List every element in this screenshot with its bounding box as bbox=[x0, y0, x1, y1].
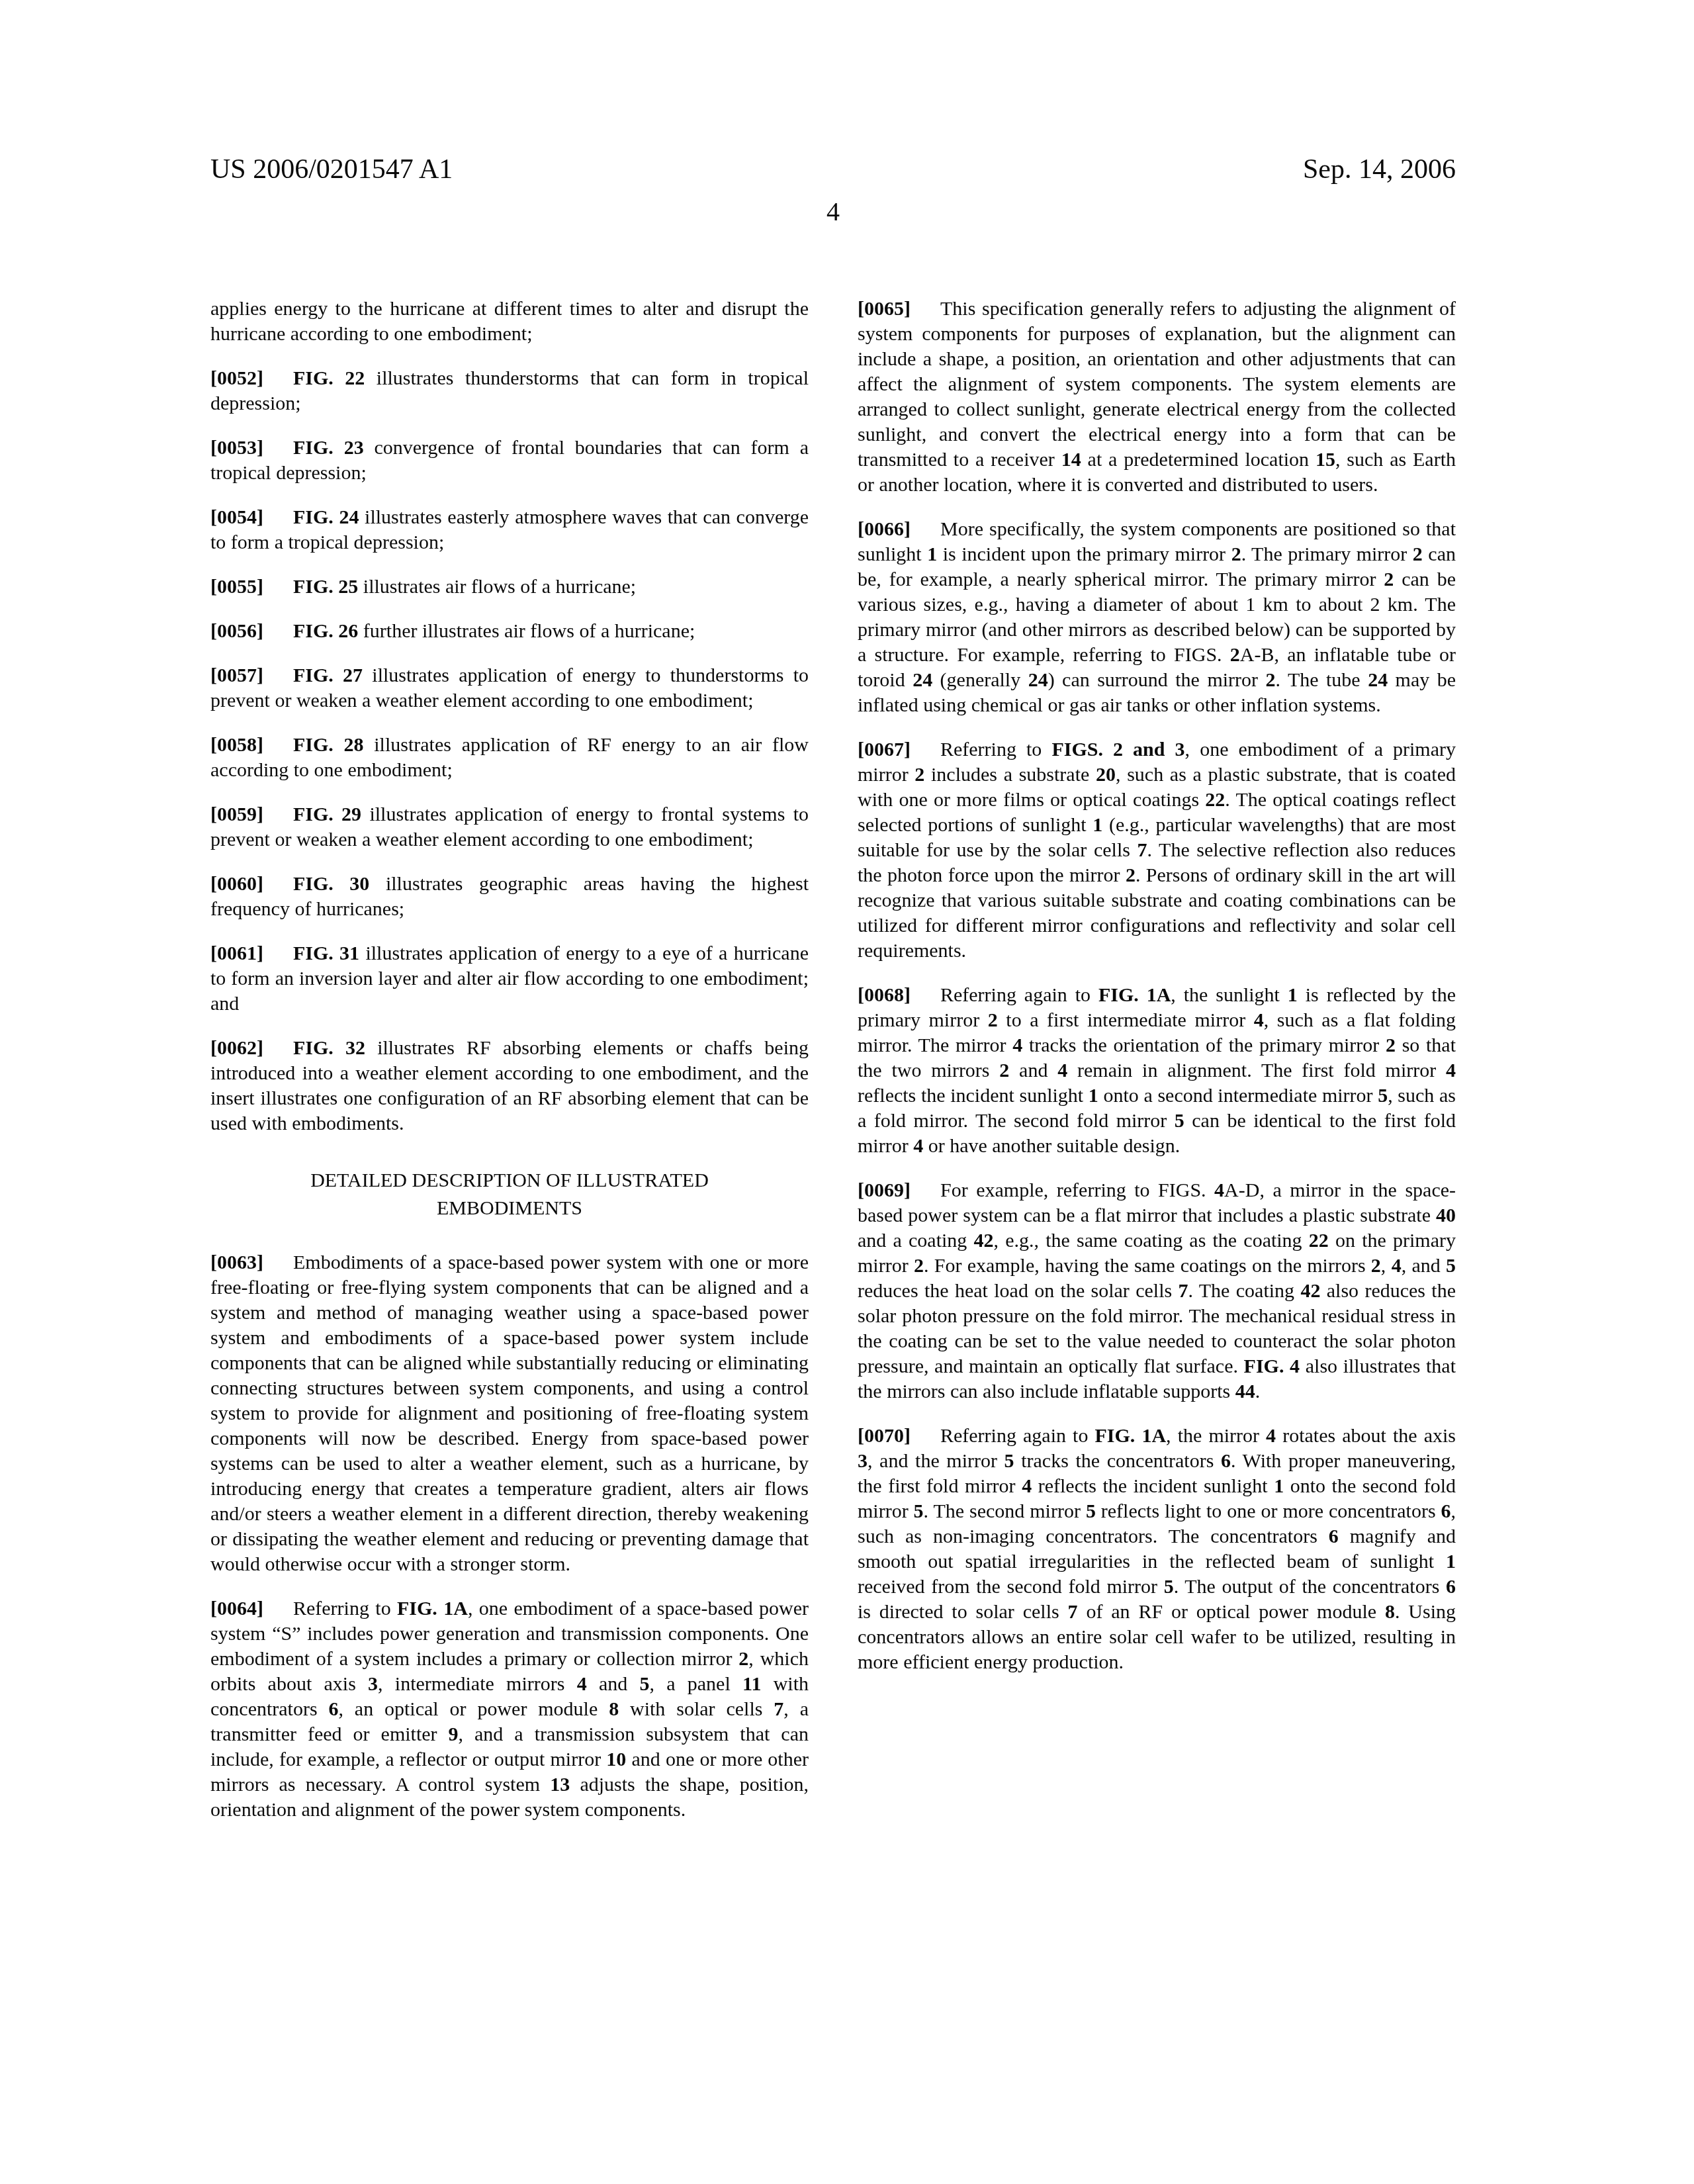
paragraph: [0058] FIG. 28 illustrates application o… bbox=[210, 733, 809, 783]
paragraph: [0069] For example, referring to FIGS. 4… bbox=[858, 1178, 1456, 1404]
paragraph: [0070] Referring again to FIG. 1A, the m… bbox=[858, 1424, 1456, 1675]
patent-page: US 2006/0201547 A1 Sep. 14, 2006 4 appli… bbox=[0, 0, 1694, 2184]
paragraph: [0053] FIG. 23 convergence of frontal bo… bbox=[210, 435, 809, 486]
paragraph: [0059] FIG. 29 illustrates application o… bbox=[210, 802, 809, 852]
paragraph: [0056] FIG. 26 further illustrates air f… bbox=[210, 619, 809, 644]
paragraph: [0067] Referring to FIGS. 2 and 3, one e… bbox=[858, 737, 1456, 964]
right-column: [0065] This specification generally refe… bbox=[858, 296, 1456, 1842]
left-column: applies energy to the hurricane at diffe… bbox=[210, 296, 809, 1842]
paragraph: [0064] Referring to FIG. 1A, one embodim… bbox=[210, 1596, 809, 1823]
paragraph: [0065] This specification generally refe… bbox=[858, 296, 1456, 498]
section-heading: DETAILED DESCRIPTION OF ILLUSTRATED EMBO… bbox=[249, 1167, 770, 1222]
paragraph: [0062] FIG. 32 illustrates RF absorbing … bbox=[210, 1036, 809, 1136]
paragraph: [0060] FIG. 30 illustrates geographic ar… bbox=[210, 872, 809, 922]
paragraph: [0055] FIG. 25 illustrates air flows of … bbox=[210, 574, 809, 600]
paragraph: applies energy to the hurricane at diffe… bbox=[210, 296, 809, 347]
paragraph: [0061] FIG. 31 illustrates application o… bbox=[210, 941, 809, 1017]
paragraph: [0066] More specifically, the system com… bbox=[858, 517, 1456, 718]
page-body: applies energy to the hurricane at diffe… bbox=[210, 296, 1456, 1842]
page-number: 4 bbox=[210, 197, 1456, 226]
paragraph: [0052] FIG. 22 illustrates thunderstorms… bbox=[210, 366, 809, 416]
paragraph: [0063] Embodiments of a space-based powe… bbox=[210, 1250, 809, 1577]
paragraph: [0057] FIG. 27 illustrates application o… bbox=[210, 663, 809, 713]
patent-number: US 2006/0201547 A1 bbox=[210, 154, 453, 185]
publication-date: Sep. 14, 2006 bbox=[1303, 154, 1456, 185]
page-header: US 2006/0201547 A1 Sep. 14, 2006 bbox=[210, 154, 1456, 185]
paragraph: [0054] FIG. 24 illustrates easterly atmo… bbox=[210, 505, 809, 555]
paragraph: [0068] Referring again to FIG. 1A, the s… bbox=[858, 983, 1456, 1159]
